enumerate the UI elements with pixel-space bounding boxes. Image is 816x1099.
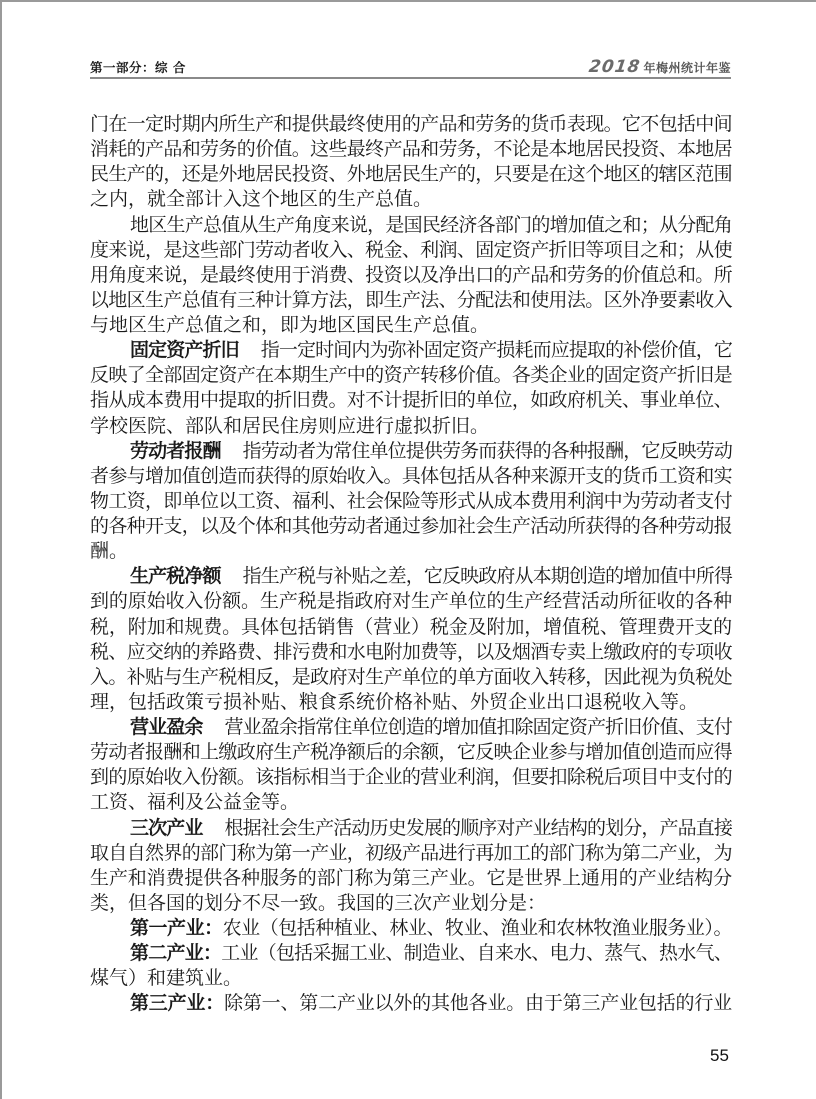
yearbook-name: 年梅州统计年鉴 <box>643 59 731 76</box>
line-text: 的各种开支，以及个体和其他劳动者通过参加社会生产活动所获得的各种劳动报 <box>90 515 732 537</box>
line-text: 物工资，即单位以工资、福利、社会保险等形式从成本费用利润中为劳动者支付 <box>90 490 732 512</box>
line-text: 取自自然界的部门称为第一产业，初级产品进行再加工的部门称为第二产业，为 <box>90 842 732 864</box>
line-text: 农业（包括种植业、林业、牧业、渔业和农林牧渔业服务业）。 <box>223 917 732 939</box>
text-line: 民生产的，还是外地居民投资、外地居民生产的，只要是在这个地区的辖区范围 <box>90 162 732 187</box>
text-line: 度来说，是这些部门劳动者收入、税金、利润、固定资产折旧等项目之和；从使 <box>90 238 732 263</box>
text-line: 劳动者报酬和上缴政府生产税净额后的余额，它反映企业参与增加值创造而应得 <box>90 740 732 765</box>
line-text: 与地区生产总值之和，即为地区国民生产总值。 <box>90 314 489 336</box>
line-text: 煤气）和建筑业。 <box>90 967 242 989</box>
line-text: 工资、福利及公益金等。 <box>90 791 299 813</box>
line-text: 指从成本费用中提取的折旧费。对不计提折旧的单位，如政府机关、事业单位、 <box>90 389 732 411</box>
line-text: 酬。 <box>90 540 128 562</box>
definition-line: 劳动者报酬指劳动者为常住单位提供劳务而获得的各种报酬，它反映劳动 <box>90 439 732 464</box>
line-text: 类，但各国的划分不尽一致。我国的三次产业划分是： <box>90 892 546 914</box>
defined-term: 劳动者报酬 <box>130 440 221 462</box>
defined-term: 营业盈余 <box>130 716 203 738</box>
text-line: 税、应交纳的养路费、排污费和水电附加费等，以及烟酒专卖上缴政府的专项收 <box>90 640 732 665</box>
text-line: 与地区生产总值之和，即为地区国民生产总值。 <box>90 313 732 338</box>
section-title: 第一部分：综 合 <box>90 58 186 76</box>
body-text: 门在一定时期内所生产和提供最终使用的产品和劳务的货币表现。它不包括中间消耗的产品… <box>90 112 732 1017</box>
line-text: 学校医院、部队和居民住房则应进行虚拟折旧。 <box>90 415 489 437</box>
line-text: 税，附加和规费。具体包括销售（营业）税金及附加，增值税、管理费开支的 <box>90 616 732 638</box>
definition-line: 固定资产折旧指一定时间内为弥补固定资产损耗而应提取的补偿价值，它 <box>90 338 732 363</box>
line-text: 劳动者报酬和上缴政府生产税净额后的余额，它反映企业参与增加值创造而应得 <box>90 741 732 763</box>
line-text: 根据社会生产活动历史发展的顺序对产业结构的划分，产品直接 <box>225 817 733 839</box>
text-line: 消耗的产品和劳务的价值。这些最终产品和劳务，不论是本地居民投资、本地居 <box>90 137 732 162</box>
line-text: 指劳动者为常住单位提供劳务而获得的各种报酬，它反映劳动 <box>243 440 732 462</box>
line-text: 理，包括政策亏损补贴、粮食系统价格补贴、外贸企业出口退税收入等。 <box>90 691 698 713</box>
text-line: 取自自然界的部门称为第一产业，初级产品进行再加工的部门称为第二产业，为 <box>90 841 732 866</box>
text-line: 到的原始收入份额。生产税是指政府对生产单位的生产经营活动所征收的各种 <box>90 589 732 614</box>
line-text: 地区生产总值从生产角度来说，是国民经济各部门的增加值之和；从分配角 <box>130 214 732 236</box>
line-text: 工业（包括采掘工业、制造业、自来水、电力、蒸气、热水气、 <box>221 942 732 964</box>
line-text: 营业盈余指常住单位创造的增加值扣除固定资产折旧价值、支付 <box>225 716 733 738</box>
line-text: 用角度来说，是最终使用于消费、投资以及净出口的产品和劳务的价值总和。所 <box>90 264 732 286</box>
line-text: 门在一定时期内所生产和提供最终使用的产品和劳务的货币表现。它不包括中间 <box>90 113 732 135</box>
yearbook-title: 2018 年梅州统计年鉴 <box>589 57 731 77</box>
line-text: 之内，就全部计入这个地区的生产总值。 <box>90 188 432 210</box>
header-divider <box>90 77 731 79</box>
defined-term: 第二产业： <box>130 942 221 964</box>
text-line: 门在一定时期内所生产和提供最终使用的产品和劳务的货币表现。它不包括中间 <box>90 112 732 137</box>
definition-line: 三次产业根据社会生产活动历史发展的顺序对产业结构的划分，产品直接 <box>90 816 732 841</box>
text-line: 税，附加和规费。具体包括销售（营业）税金及附加，增值税、管理费开支的 <box>90 615 732 640</box>
line-text: 消耗的产品和劳务的价值。这些最终产品和劳务，不论是本地居民投资、本地居 <box>90 138 732 160</box>
text-line: 类，但各国的划分不尽一致。我国的三次产业划分是： <box>90 891 732 916</box>
line-text: 民生产的，还是外地居民投资、外地居民生产的，只要是在这个地区的辖区范围 <box>90 163 732 185</box>
defined-term: 三次产业 <box>130 817 203 839</box>
page-number: 55 <box>710 1046 729 1066</box>
defined-term: 生产税净额 <box>130 565 221 587</box>
text-line: 到的原始收入份额。该指标相当于企业的营业利润，但要扣除税后项目中支付的 <box>90 765 732 790</box>
text-line: 之内，就全部计入这个地区的生产总值。 <box>90 187 732 212</box>
definition-line: 营业盈余营业盈余指常住单位创造的增加值扣除固定资产折旧价值、支付 <box>90 715 732 740</box>
text-line: 者参与增加值创造而获得的原始收入。具体包括从各种来源开支的货币工资和实 <box>90 464 732 489</box>
line-text: 到的原始收入份额。该指标相当于企业的营业利润，但要扣除税后项目中支付的 <box>90 766 732 788</box>
text-line: 用角度来说，是最终使用于消费、投资以及净出口的产品和劳务的价值总和。所 <box>90 263 732 288</box>
defined-term: 第三产业： <box>130 992 224 1014</box>
line-text: 入。补贴与生产税相反，是政府对生产单位的单方面收入转移，因此视为负税处 <box>90 666 732 688</box>
text-line: 物工资，即单位以工资、福利、社会保险等形式从成本费用利润中为劳动者支付 <box>90 489 732 514</box>
defined-term: 第一产业： <box>130 917 223 939</box>
text-line: 生产和消费提供各种服务的部门称为第三产业。它是世界上通用的产业结构分 <box>90 866 732 891</box>
text-line: 煤气）和建筑业。 <box>90 966 732 991</box>
line-text: 指一定时间内为弥补固定资产损耗而应提取的补偿价值，它 <box>261 339 732 361</box>
definition-line: 生产税净额指生产税与补贴之差，它反映政府从本期创造的增加值中所得 <box>90 564 732 589</box>
text-line: 工资、福利及公益金等。 <box>90 790 732 815</box>
text-line: 的各种开支，以及个体和其他劳动者通过参加社会生产活动所获得的各种劳动报 <box>90 514 732 539</box>
text-line: 地区生产总值从生产角度来说，是国民经济各部门的增加值之和；从分配角 <box>90 213 732 238</box>
line-text: 除第一、第二产业以外的其他各业。由于第三产业包括的行业 <box>224 992 732 1014</box>
definition-line: 第二产业：工业（包括采掘工业、制造业、自来水、电力、蒸气、热水气、 <box>90 941 732 966</box>
line-text: 反映了全部固定资产在本期生产中的资产转移价值。各类企业的固定资产折旧是 <box>90 364 732 386</box>
text-line: 指从成本费用中提取的折旧费。对不计提折旧的单位，如政府机关、事业单位、 <box>90 388 732 413</box>
line-text: 生产和消费提供各种服务的部门称为第三产业。它是世界上通用的产业结构分 <box>90 867 732 889</box>
text-line: 入。补贴与生产税相反，是政府对生产单位的单方面收入转移，因此视为负税处 <box>90 665 732 690</box>
text-line: 酬。 <box>90 539 732 564</box>
line-text: 指生产税与补贴之差，它反映政府从本期创造的增加值中所得 <box>243 565 732 587</box>
line-text: 到的原始收入份额。生产税是指政府对生产单位的生产经营活动所征收的各种 <box>90 590 732 612</box>
text-line: 反映了全部固定资产在本期生产中的资产转移价值。各类企业的固定资产折旧是 <box>90 363 732 388</box>
running-header: 第一部分：综 合 2018 年梅州统计年鉴 <box>90 58 731 78</box>
definition-line: 第三产业：除第一、第二产业以外的其他各业。由于第三产业包括的行业 <box>90 991 732 1016</box>
text-line: 学校医院、部队和居民住房则应进行虚拟折旧。 <box>90 414 732 439</box>
line-text: 税、应交纳的养路费、排污费和水电附加费等，以及烟酒专卖上缴政府的专项收 <box>90 641 732 663</box>
document-page: 第一部分：综 合 2018 年梅州统计年鉴 门在一定时期内所生产和提供最终使用的… <box>0 0 816 1099</box>
definition-line: 第一产业：农业（包括种植业、林业、牧业、渔业和农林牧渔业服务业）。 <box>90 916 732 941</box>
line-text: 以地区生产总值有三种计算方法，即生产法、分配法和使用法。区外净要素收入 <box>90 289 732 311</box>
text-line: 理，包括政策亏损补贴、粮食系统价格补贴、外贸企业出口退税收入等。 <box>90 690 732 715</box>
defined-term: 固定资产折旧 <box>130 339 239 361</box>
line-text: 度来说，是这些部门劳动者收入、税金、利润、固定资产折旧等项目之和；从使 <box>90 239 732 261</box>
yearbook-year: 2018 <box>588 57 642 77</box>
line-text: 者参与增加值创造而获得的原始收入。具体包括从各种来源开支的货币工资和实 <box>90 465 732 487</box>
text-line: 以地区生产总值有三种计算方法，即生产法、分配法和使用法。区外净要素收入 <box>90 288 732 313</box>
